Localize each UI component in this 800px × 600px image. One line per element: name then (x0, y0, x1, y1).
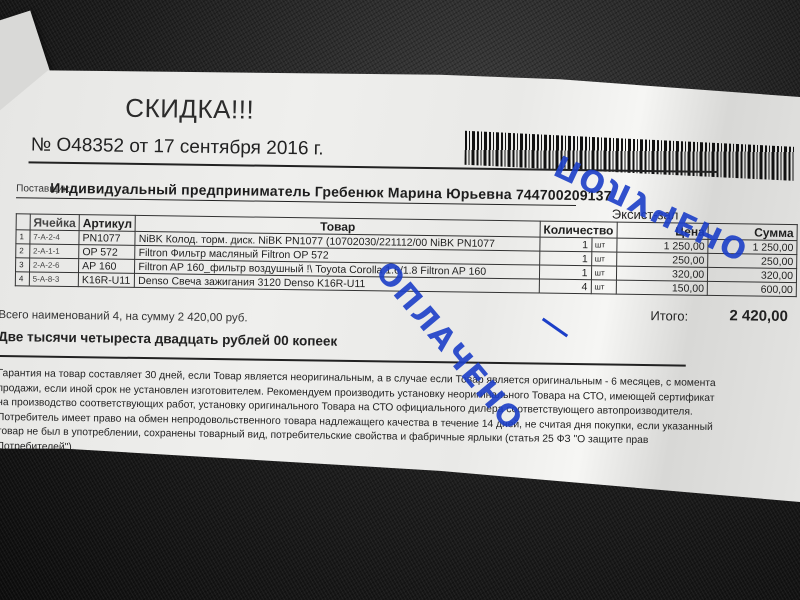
row-cell: 2-А-2-6 (29, 258, 79, 273)
warranty-text: Гарантия на товар составляет 30 дней, ес… (0, 367, 718, 465)
row-unit: шт (591, 280, 616, 294)
row-unit: шт (591, 266, 616, 280)
row-sum: 600,00 (707, 281, 796, 296)
row-article: PN1077 (79, 231, 135, 246)
row-price: 150,00 (616, 280, 708, 295)
row-cell: 2-А-1-1 (29, 244, 79, 259)
row-number: 3 (16, 258, 30, 272)
col-cell: Ячейка (30, 214, 80, 231)
barcode (465, 131, 795, 181)
row-number: 4 (15, 272, 29, 286)
row-article: K16R-U11 (78, 273, 134, 288)
supplier: Индивидуальный предприниматель Гребенюк … (50, 180, 612, 204)
row-quantity: 1 (539, 251, 591, 266)
amount-in-words: Две тысячи четыреста двадцать рублей 00 … (0, 329, 337, 349)
row-number: 1 (16, 230, 30, 244)
row-quantity: 4 (539, 279, 591, 294)
row-cell: 7-А-2-4 (30, 230, 80, 245)
col-quantity: Количество (540, 221, 617, 238)
document-number: № О48352 от 17 сентября 2016 г. (31, 134, 324, 160)
row-article: AP 160 (79, 259, 135, 274)
row-price: 250,00 (616, 252, 708, 267)
row-sum: 320,00 (708, 267, 797, 282)
divider (0, 355, 686, 367)
row-unit: шт (591, 238, 616, 252)
total-value: 2 420,00 (729, 307, 788, 325)
row-unit: шт (591, 252, 616, 266)
row-quantity: 1 (539, 265, 591, 280)
receipt-title: СКИДКА!!! (125, 93, 254, 126)
row-article: OP 572 (79, 245, 135, 260)
row-number: 2 (16, 244, 30, 258)
row-quantity: 1 (540, 237, 592, 252)
row-price: 320,00 (616, 266, 708, 281)
col-number (16, 214, 30, 230)
col-article: Артикул (79, 215, 135, 232)
row-cell: 5-А-8-3 (29, 272, 79, 287)
total-label: Итого: (650, 308, 688, 324)
items-summary: Всего наименований 4, на сумму 2 420,00 … (0, 309, 248, 324)
